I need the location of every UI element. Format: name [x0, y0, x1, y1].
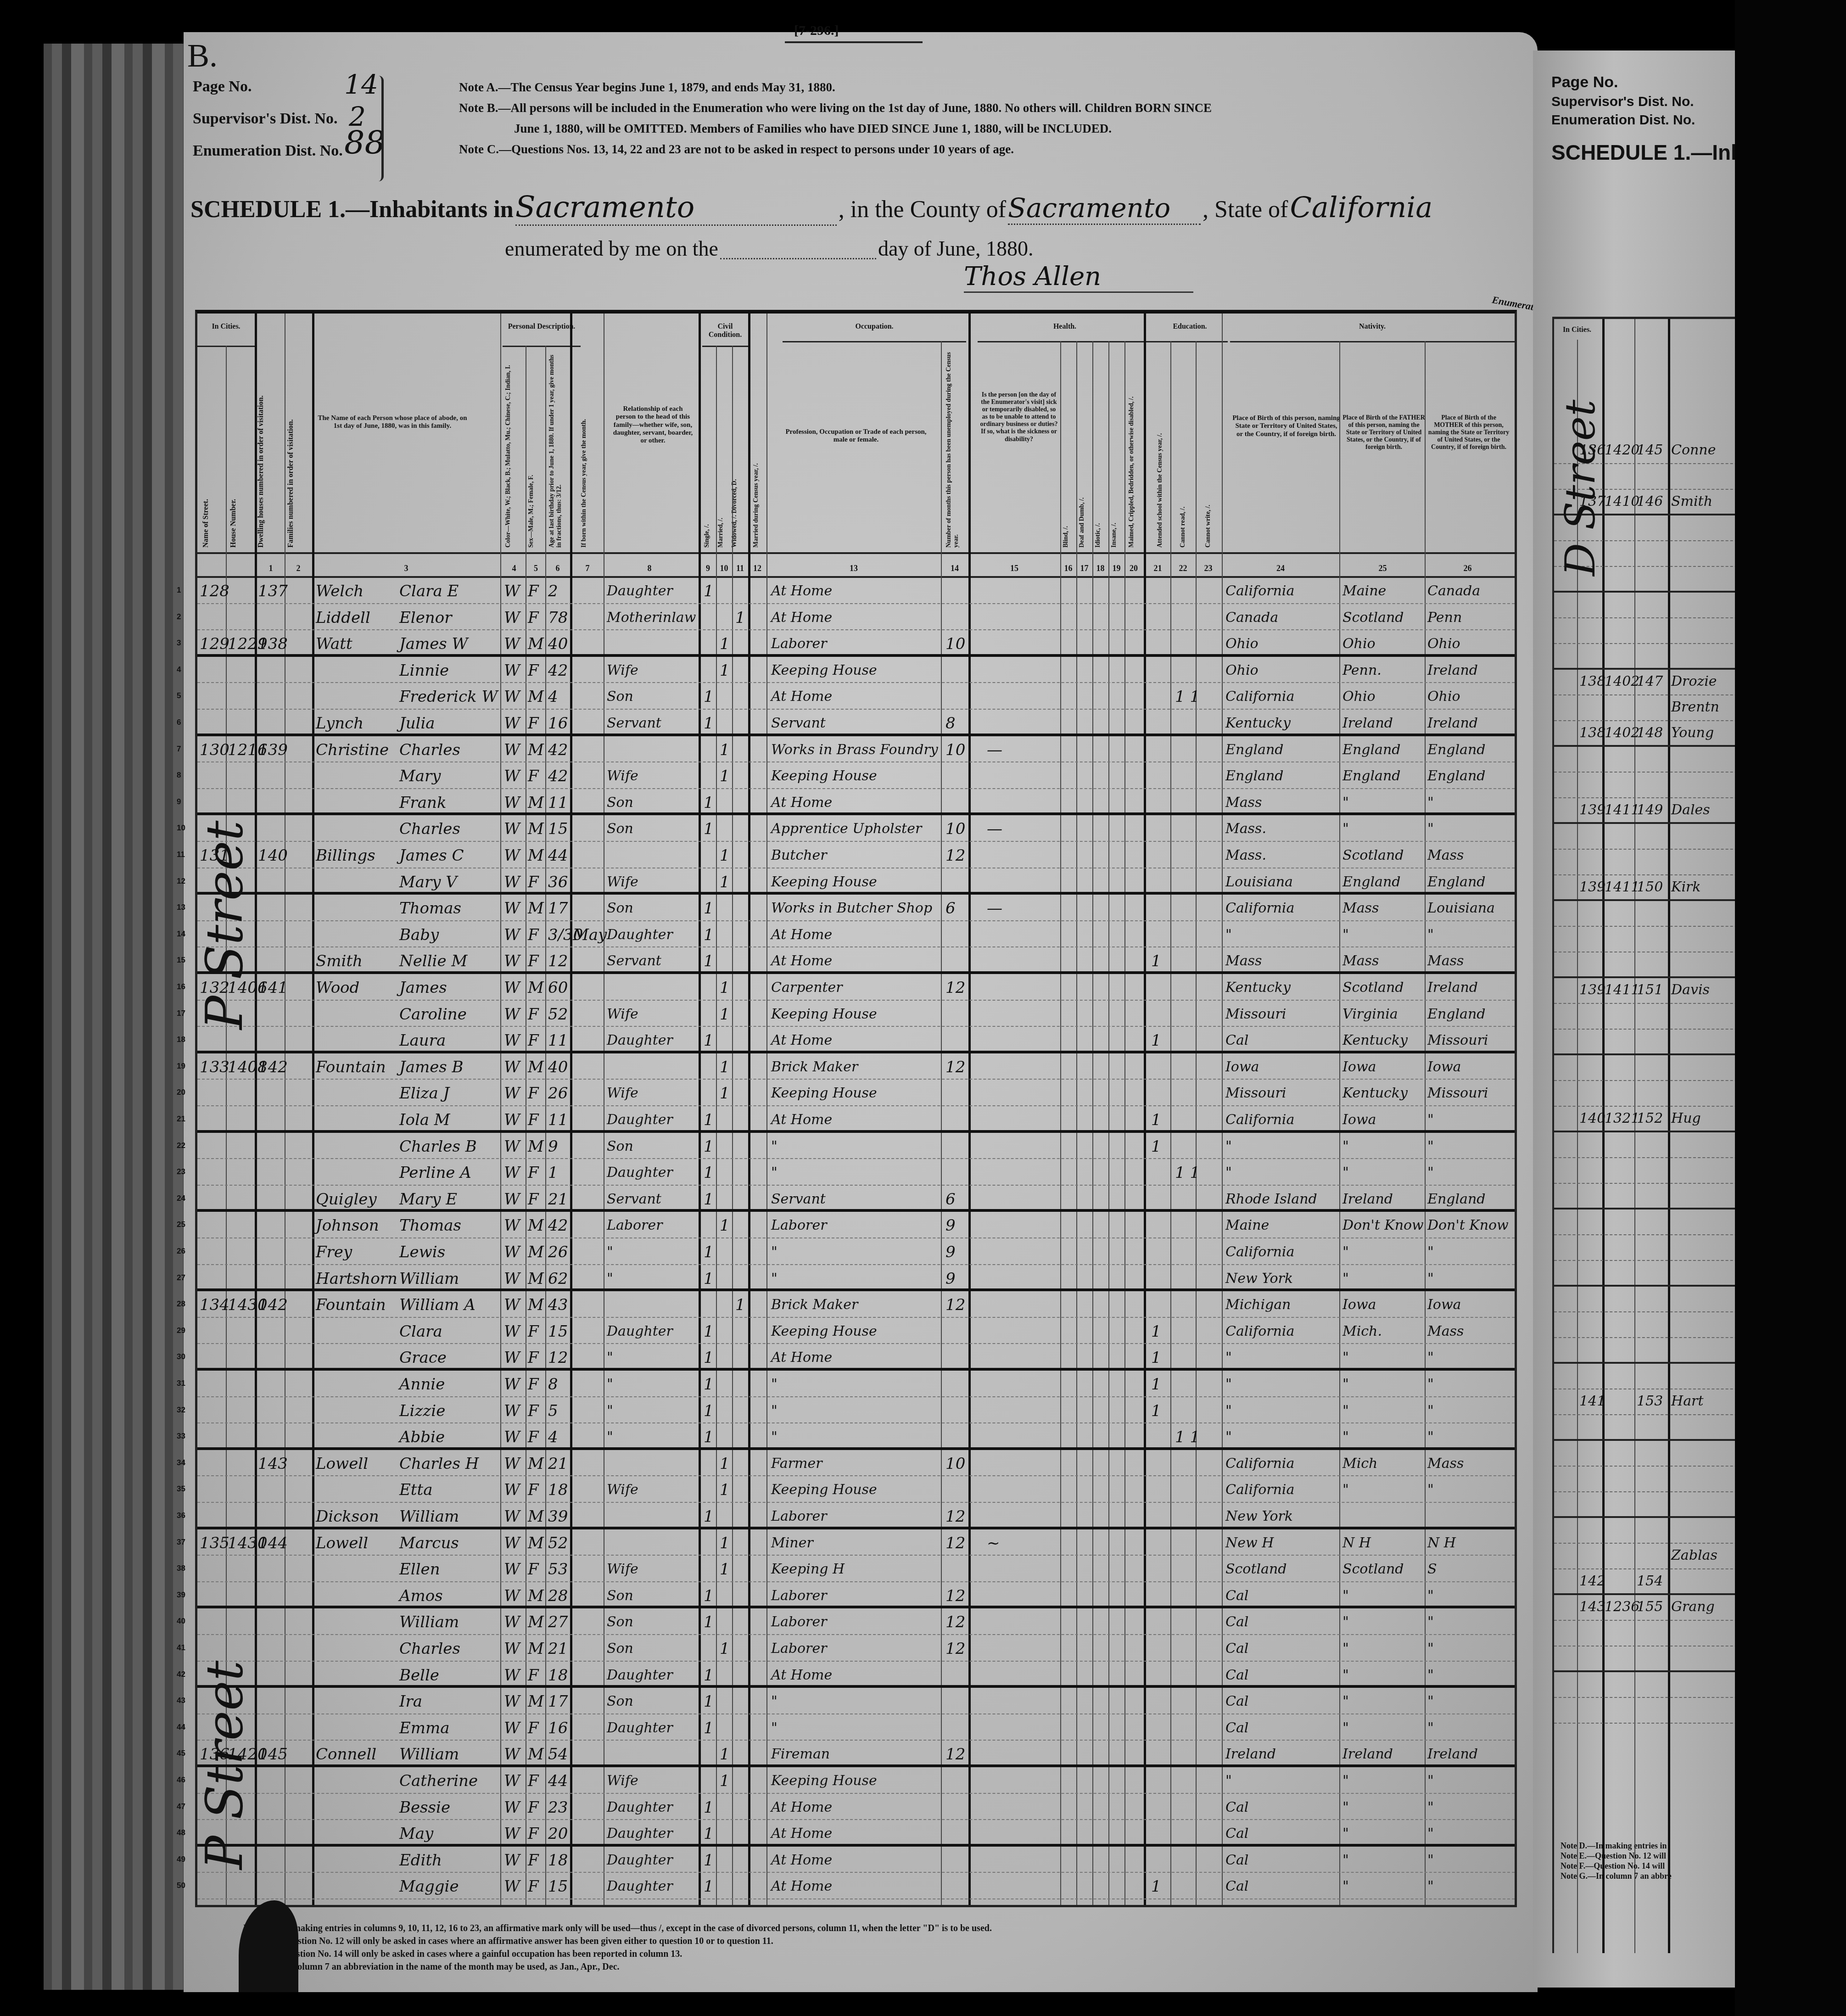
father-birthplace-cell: " — [1343, 1849, 1349, 1871]
occupation-cell: " — [771, 1373, 778, 1395]
line-number: 16 — [177, 982, 185, 991]
next-table-row — [1554, 1210, 1735, 1235]
line-number: 29 — [177, 1326, 185, 1335]
given-name-cell: Caroline — [399, 1003, 467, 1025]
relation-cell: " — [607, 1241, 613, 1263]
single-cell: 1 — [704, 1717, 714, 1739]
occupation-cell: Keeping House — [771, 871, 877, 893]
married-cell: 1 — [720, 1638, 730, 1660]
next-street-annotation: D Street — [1556, 400, 1605, 576]
next-family-cell: 150 — [1637, 879, 1663, 895]
enumeration-label: Enumeration Dist. No. — [193, 142, 343, 159]
age-cell: 21 — [548, 1188, 568, 1210]
given-name-cell: Clara E — [399, 580, 459, 602]
rule — [503, 346, 581, 347]
next-dwelling-cell: 139 — [1579, 982, 1605, 998]
color-cell: W — [504, 1136, 520, 1158]
given-name-cell: Thomas — [399, 1215, 461, 1237]
mother-birthplace-cell: " — [1427, 1136, 1434, 1158]
age-cell: 78 — [548, 607, 568, 629]
mother-birthplace-cell: " — [1427, 1347, 1434, 1369]
colnum: 22 — [1170, 564, 1196, 573]
mother-birthplace-cell: Don't Know — [1427, 1215, 1509, 1237]
given-name-cell: William A — [399, 1294, 475, 1316]
single-cell: 1 — [704, 950, 714, 972]
next-table-row — [1554, 618, 1735, 644]
color-cell: W — [504, 950, 520, 972]
school-cell: 1 — [1151, 1321, 1161, 1343]
hdr-personal: Personal Description. — [503, 323, 581, 331]
given-name-cell: Linnie — [399, 660, 449, 682]
table-row: 21Iola MWF11Daughter1At Home1CaliforniaI… — [197, 1106, 1515, 1133]
relation-cell: Son — [607, 1585, 633, 1607]
hdr-in-cities: In Cities. — [197, 323, 255, 331]
colnum: 2 — [285, 564, 312, 573]
line-number: 36 — [177, 1511, 185, 1520]
colnum: 5 — [526, 564, 546, 573]
line-number: 1 — [177, 586, 181, 595]
given-name-cell: Mary — [399, 765, 441, 787]
colnum: 26 — [1425, 564, 1510, 573]
birthplace-cell: England — [1225, 765, 1283, 787]
birthplace-cell: " — [1225, 1162, 1232, 1184]
given-name-cell: Mary V — [399, 871, 457, 893]
rule — [702, 346, 748, 347]
next-table-row — [1554, 1467, 1735, 1492]
birthplace-cell: New York — [1225, 1506, 1293, 1528]
next-page-no-label: Page No. — [1551, 73, 1618, 91]
color-cell: W — [504, 1347, 520, 1369]
sex-cell: M — [528, 1532, 544, 1554]
surname-cell: Fountain — [316, 1294, 386, 1316]
color-cell: W — [504, 1823, 520, 1845]
occupation-cell: At Home — [771, 924, 832, 946]
sex-cell: F — [528, 1426, 539, 1448]
surname-cell: Frey — [316, 1241, 352, 1263]
hdr-age: Age at last birthday prior to June 1, 18… — [548, 350, 564, 548]
father-birthplace-cell: " — [1343, 1691, 1349, 1713]
dwelling-cell: 135 — [200, 1532, 229, 1554]
sex-cell: M — [528, 1294, 544, 1316]
age-cell: 15 — [548, 1321, 568, 1343]
next-schedule-title: SCHEDULE 1.—Inh — [1551, 140, 1735, 165]
age-cell: 9 — [548, 1136, 558, 1158]
footer-note-f: Note F.—Question No. 14 will only be ask… — [243, 1949, 682, 1960]
father-birthplace-cell: Mass — [1343, 897, 1379, 919]
relation-cell: Servant — [607, 1188, 661, 1210]
relation-cell: Daughter — [607, 1030, 673, 1052]
next-table-row — [1554, 644, 1735, 670]
father-birthplace-cell: " — [1343, 1823, 1349, 1845]
birthplace-cell: " — [1225, 1770, 1232, 1792]
occupation-cell: At Home — [771, 1823, 832, 1845]
unemployed-cell: 12 — [945, 1611, 965, 1633]
father-birthplace-cell: Scotland — [1343, 977, 1404, 999]
father-birthplace-cell: Ireland — [1343, 712, 1393, 734]
sex-cell: M — [528, 1215, 544, 1237]
age-cell: 39 — [548, 1506, 568, 1528]
age-cell: 23 — [548, 1797, 568, 1819]
colnum: 18 — [1092, 564, 1108, 573]
birthplace-cell: California — [1225, 1453, 1294, 1475]
colnum: 6 — [546, 564, 569, 573]
age-cell: 17 — [548, 897, 568, 919]
hdr-father-birth: Place of Birth of the FATHER of this per… — [1343, 414, 1425, 451]
married-cell: 1 — [720, 765, 730, 787]
line-number: 3 — [177, 638, 181, 648]
table-row: 5Frederick WWM4Son1At Home1 1CaliforniaO… — [197, 683, 1515, 710]
enumerated-prefix: enumerated by me on the — [505, 237, 718, 260]
meta-brace — [379, 76, 384, 181]
census-table: In Cities. Personal Description. Civil C… — [195, 310, 1517, 1907]
census-rows: 1128137WelchClara EWF2Daughter1At HomeCa… — [197, 577, 1515, 1905]
occupation-cell: Laborer — [771, 1215, 827, 1237]
hdr-education: Education. — [1152, 323, 1228, 331]
line-number: 23 — [177, 1167, 185, 1176]
age-cell: 18 — [548, 1849, 568, 1871]
table-row: 33AbbieWF4"1"1 1""" — [197, 1423, 1515, 1450]
note-b-cont: June 1, 1880, will be OMITTED. Members o… — [459, 122, 1212, 136]
birthplace-cell: Ireland — [1225, 1743, 1276, 1765]
color-cell: W — [504, 1585, 520, 1607]
sex-cell: F — [528, 950, 539, 972]
table-row: 8MaryWF42Wife1Keeping HouseEnglandEnglan… — [197, 762, 1515, 789]
birthplace-cell: Cal — [1225, 1638, 1248, 1660]
father-birthplace-cell: Iowa — [1343, 1056, 1376, 1078]
sex-cell: F — [528, 1347, 539, 1369]
sex-cell: F — [528, 660, 539, 682]
mother-birthplace-cell: " — [1427, 1400, 1434, 1422]
page-letter: B. — [187, 37, 218, 75]
color-cell: W — [504, 1638, 520, 1660]
surname-cell: Smith — [316, 950, 363, 972]
occupation-cell: " — [771, 1136, 778, 1158]
color-cell: W — [504, 871, 520, 893]
next-table-row — [1554, 1672, 1735, 1698]
father-birthplace-cell: " — [1343, 1241, 1349, 1263]
line-number: 10 — [177, 823, 185, 833]
next-family-cell: 153 — [1637, 1393, 1663, 1409]
school-cell: 1 — [1151, 950, 1161, 972]
age-cell: 1 — [548, 1162, 558, 1184]
color-cell: W — [504, 818, 520, 840]
unemployed-cell: 9 — [945, 1268, 956, 1290]
sex-cell: F — [528, 1664, 539, 1686]
relation-cell: Daughter — [607, 1321, 673, 1343]
sickness-cell: ~ — [987, 1532, 1000, 1554]
birthplace-cell: Cal — [1225, 1030, 1248, 1052]
birthplace-cell: Ohio — [1225, 660, 1259, 682]
table-row: 161321406141WoodJamesWM601Carpenter12Ken… — [197, 974, 1515, 1001]
father-birthplace-cell: England — [1343, 739, 1400, 761]
table-row: 10CharlesWM15Son1Apprentice Upholster10—… — [197, 815, 1515, 842]
single-cell: 1 — [704, 1321, 714, 1343]
month-cell: May — [573, 924, 607, 946]
color-cell: W — [504, 1426, 520, 1448]
father-birthplace-cell: Ireland — [1343, 1743, 1393, 1765]
footer-note-e: Note E.—Question No. 12 will only be ask… — [243, 1936, 773, 1947]
age-cell: 18 — [548, 1664, 568, 1686]
occupation-cell: Works in Brass Foundry — [771, 739, 938, 761]
relation-cell: Daughter — [607, 1823, 673, 1845]
county-value: Sacramento — [1008, 192, 1201, 225]
occupation-cell: Carpenter — [771, 977, 843, 999]
single-cell: 1 — [704, 1585, 714, 1607]
given-name-cell: Perline A — [399, 1162, 471, 1184]
given-name-cell: Lizzie — [399, 1400, 445, 1422]
line-number: 17 — [177, 1009, 185, 1018]
birthplace-cell: Michigan — [1225, 1294, 1291, 1316]
next-note-e: Note E.—Question No. 12 will — [1561, 1851, 1672, 1861]
given-name-cell: Edith — [399, 1849, 442, 1871]
mother-birthplace-cell: Mass — [1427, 1321, 1464, 1343]
given-name-cell: Baby — [399, 924, 439, 946]
given-name-cell: Maggie — [399, 1876, 459, 1898]
mother-birthplace-cell: " — [1427, 1876, 1434, 1898]
given-name-cell: Ellen — [399, 1558, 440, 1580]
colnum: 14 — [941, 564, 968, 573]
next-house-cell: 1321 — [1605, 1110, 1639, 1126]
married-cell: 1 — [720, 739, 730, 761]
single-cell: 1 — [704, 1426, 714, 1448]
surname-cell: Billings — [316, 845, 375, 867]
age-cell: 27 — [548, 1611, 568, 1633]
next-name-cell: Davis — [1671, 982, 1710, 998]
colnum: 24 — [1223, 564, 1338, 573]
line-number: 2 — [177, 612, 181, 622]
next-family-cell: 155 — [1637, 1599, 1663, 1615]
hdr-insane: Insane, /. — [1111, 493, 1118, 548]
given-name-cell: Abbie — [399, 1426, 445, 1448]
occupation-cell: Brick Maker — [771, 1294, 858, 1316]
married-cell: 1 — [720, 845, 730, 867]
sickness-cell: — — [987, 818, 1002, 840]
hdr-sick: Is the person [on the day of the Enumera… — [980, 392, 1058, 443]
occupation-cell: Laborer — [771, 1611, 827, 1633]
birthplace-cell: Kentucky — [1225, 712, 1291, 734]
next-table-row — [1554, 1492, 1735, 1518]
family-cell: 142 — [258, 1056, 288, 1078]
age-cell: 60 — [548, 977, 568, 999]
page-no-label: Page No. — [193, 78, 252, 95]
father-birthplace-cell: " — [1343, 1585, 1349, 1607]
relation-cell: Daughter — [607, 1797, 673, 1819]
father-birthplace-cell: Mass — [1343, 950, 1379, 972]
given-name-cell: Thomas — [399, 897, 461, 919]
surname-cell: Lynch — [316, 712, 364, 734]
mother-birthplace-cell: Missouri — [1427, 1030, 1488, 1052]
birthplace-cell: Canada — [1225, 607, 1278, 629]
hdr-cannot-write: Cannot write, /. — [1205, 470, 1212, 548]
given-name-cell: Iola M — [399, 1109, 450, 1131]
occupation-cell: Apprentice Upholster — [771, 818, 922, 840]
occupation-cell: At Home — [771, 1347, 832, 1369]
mother-birthplace-cell: " — [1427, 1426, 1434, 1448]
age-cell: 44 — [548, 845, 568, 867]
occupation-cell: " — [771, 1691, 778, 1713]
occupation-cell: At Home — [771, 1876, 832, 1898]
mother-birthplace-cell: " — [1427, 1611, 1434, 1633]
occupation-cell: Brick Maker — [771, 1056, 858, 1078]
birthplace-cell: Ohio — [1225, 633, 1259, 655]
line-number: 26 — [177, 1247, 185, 1256]
mother-birthplace-cell: Ohio — [1427, 686, 1460, 708]
married-cell: 1 — [720, 977, 730, 999]
given-name-cell: Clara — [399, 1321, 442, 1343]
sex-cell: F — [528, 607, 539, 629]
school-cell: 1 — [1151, 1876, 1161, 1898]
next-house-cell: 1410 — [1605, 493, 1639, 510]
father-birthplace-cell: " — [1343, 1717, 1349, 1739]
father-birthplace-cell: Scotland — [1343, 845, 1404, 867]
single-cell: 1 — [704, 1849, 714, 1871]
color-cell: W — [504, 792, 520, 814]
hdr-street: Name of Street. — [202, 479, 210, 548]
book-binding — [44, 44, 195, 1990]
mother-birthplace-cell: England — [1427, 765, 1485, 787]
color-cell: W — [504, 1400, 520, 1422]
birthplace-cell: Missouri — [1225, 1003, 1286, 1025]
birthplace-cell: Rhode Island — [1225, 1188, 1317, 1210]
sex-cell: M — [528, 1638, 544, 1660]
age-cell: 12 — [548, 1347, 568, 1369]
color-cell: W — [504, 1717, 520, 1739]
sex-cell: F — [528, 1717, 539, 1739]
age-cell: 54 — [548, 1743, 568, 1765]
note-c: Note C.—Questions Nos. 13, 14, 22 and 23… — [459, 142, 1212, 157]
next-family-cell: 151 — [1637, 982, 1663, 998]
occupation-cell: At Home — [771, 1664, 832, 1686]
relation-cell: Daughter — [607, 1876, 673, 1898]
table-row: 30GraceWF12"1At Home1""" — [197, 1344, 1515, 1371]
color-cell: W — [504, 1743, 520, 1765]
color-cell: W — [504, 1453, 520, 1475]
occupation-cell: " — [771, 1717, 778, 1739]
line-number: 47 — [177, 1802, 185, 1811]
relation-cell: Wife — [607, 1558, 638, 1580]
single-cell: 1 — [704, 1268, 714, 1290]
next-name-cell: Conne — [1671, 442, 1716, 458]
father-birthplace-cell: " — [1343, 818, 1349, 840]
relation-cell: Son — [607, 897, 633, 919]
occupation-cell: At Home — [771, 607, 832, 629]
mother-birthplace-cell: Mass — [1427, 845, 1464, 867]
table-row: 9FrankWM11Son1At HomeMass"" — [197, 789, 1515, 816]
single-cell: 1 — [704, 924, 714, 946]
married-cell: 1 — [720, 1453, 730, 1475]
sex-cell: F — [528, 1823, 539, 1845]
unemployed-cell: 8 — [945, 712, 956, 734]
surname-cell: Connell — [316, 1743, 376, 1765]
street-annotation: P Street — [195, 820, 254, 1030]
sex-cell: F — [528, 1849, 539, 1871]
school-cell: 1 — [1151, 1030, 1161, 1052]
unemployed-cell: 10 — [945, 739, 965, 761]
occupation-cell: " — [771, 1426, 778, 1448]
cannot-read-write-cell: 1 1 — [1175, 686, 1200, 708]
next-table-row — [1554, 1518, 1735, 1544]
surname-cell: Hartshorn — [316, 1268, 397, 1290]
mother-birthplace-cell: Ireland — [1427, 712, 1478, 734]
age-cell: 2 — [548, 580, 558, 602]
sex-cell: F — [528, 1373, 539, 1395]
relation-cell: Wife — [607, 1082, 638, 1104]
next-table-row — [1554, 1415, 1735, 1441]
colnum: 23 — [1196, 564, 1221, 573]
page-meta: Page No. 14 Supervisor's Dist. No. 2 Enu… — [193, 78, 343, 174]
occupation-cell: Butcher — [771, 845, 827, 867]
birthplace-cell: " — [1225, 1136, 1232, 1158]
age-cell: 5 — [548, 1400, 558, 1422]
next-dwelling-cell: 139 — [1579, 802, 1605, 818]
table-row: 451361420145ConnellWilliamWM541Fireman12… — [197, 1741, 1515, 1767]
occupation-cell: Laborer — [771, 1638, 827, 1660]
hdr-color: Color—White, W.; Black, B.; Mulatto, Mu.… — [505, 355, 520, 548]
father-birthplace-cell: Virginia — [1343, 1003, 1398, 1025]
next-dwelling-cell: 143 — [1579, 1599, 1605, 1615]
line-number: 19 — [177, 1062, 185, 1071]
age-cell: 42 — [548, 1215, 568, 1237]
next-house-cell: 1402 — [1605, 725, 1639, 741]
color-cell: W — [504, 1691, 520, 1713]
color-cell: W — [504, 1558, 520, 1580]
occupation-cell: At Home — [771, 1797, 832, 1819]
age-cell: 15 — [548, 818, 568, 840]
next-enumeration-label: Enumeration Dist. No. — [1551, 112, 1695, 128]
table-row: 17CarolineWF52Wife1Keeping HouseMissouri… — [197, 1001, 1515, 1027]
given-name-cell: Ira — [399, 1691, 422, 1713]
given-name-cell: Belle — [399, 1664, 439, 1686]
color-cell: W — [504, 1268, 520, 1290]
father-birthplace-cell: " — [1343, 1638, 1349, 1660]
sex-cell: F — [528, 1188, 539, 1210]
color-cell: W — [504, 1876, 520, 1898]
table-row: 46CatherineWF44Wife1Keeping House""" — [197, 1767, 1515, 1794]
colnum: 11 — [732, 564, 748, 573]
father-birthplace-cell: England — [1343, 871, 1400, 893]
sex-cell: F — [528, 1400, 539, 1422]
line-number: 11 — [177, 850, 185, 859]
relation-cell: Son — [607, 1638, 633, 1660]
table-row: 43IraWM17Son1"Cal"" — [197, 1688, 1515, 1714]
next-table-row — [1554, 1055, 1735, 1081]
occupation-cell: Keeping H — [771, 1558, 845, 1580]
color-cell: W — [504, 607, 520, 629]
next-family-cell: 145 — [1637, 442, 1663, 458]
given-name-cell: Emma — [399, 1717, 450, 1739]
table-row: 14BabyWF3/30MayDaughter1At Home""" — [197, 921, 1515, 948]
table-row: 2LiddellElenorWF78Motherinlaw1At HomeCan… — [197, 604, 1515, 631]
sex-cell: F — [528, 580, 539, 602]
school-cell: 1 — [1151, 1347, 1161, 1369]
colnum: 8 — [604, 564, 695, 573]
age-cell: 8 — [548, 1373, 558, 1395]
table-row: 71301216139ChristineCharlesWM421Works in… — [197, 736, 1515, 763]
surname-cell: Quigley — [316, 1188, 377, 1210]
table-row: 4LinnieWF42Wife1Keeping HouseOhioPenn.Ir… — [197, 657, 1515, 683]
next-family-cell: 148 — [1637, 725, 1663, 741]
age-cell: 20 — [548, 1823, 568, 1845]
age-cell: 36 — [548, 871, 568, 893]
unemployed-cell: 12 — [945, 1294, 965, 1316]
table-row: 42BelleWF18Daughter1At HomeCal"" — [197, 1662, 1515, 1688]
school-cell: 1 — [1151, 1109, 1161, 1131]
mother-birthplace-cell: " — [1427, 1664, 1434, 1686]
line-number: 13 — [177, 903, 185, 912]
color-cell: W — [504, 1506, 520, 1528]
line-number: 32 — [177, 1406, 185, 1415]
father-birthplace-cell: " — [1343, 1400, 1349, 1422]
